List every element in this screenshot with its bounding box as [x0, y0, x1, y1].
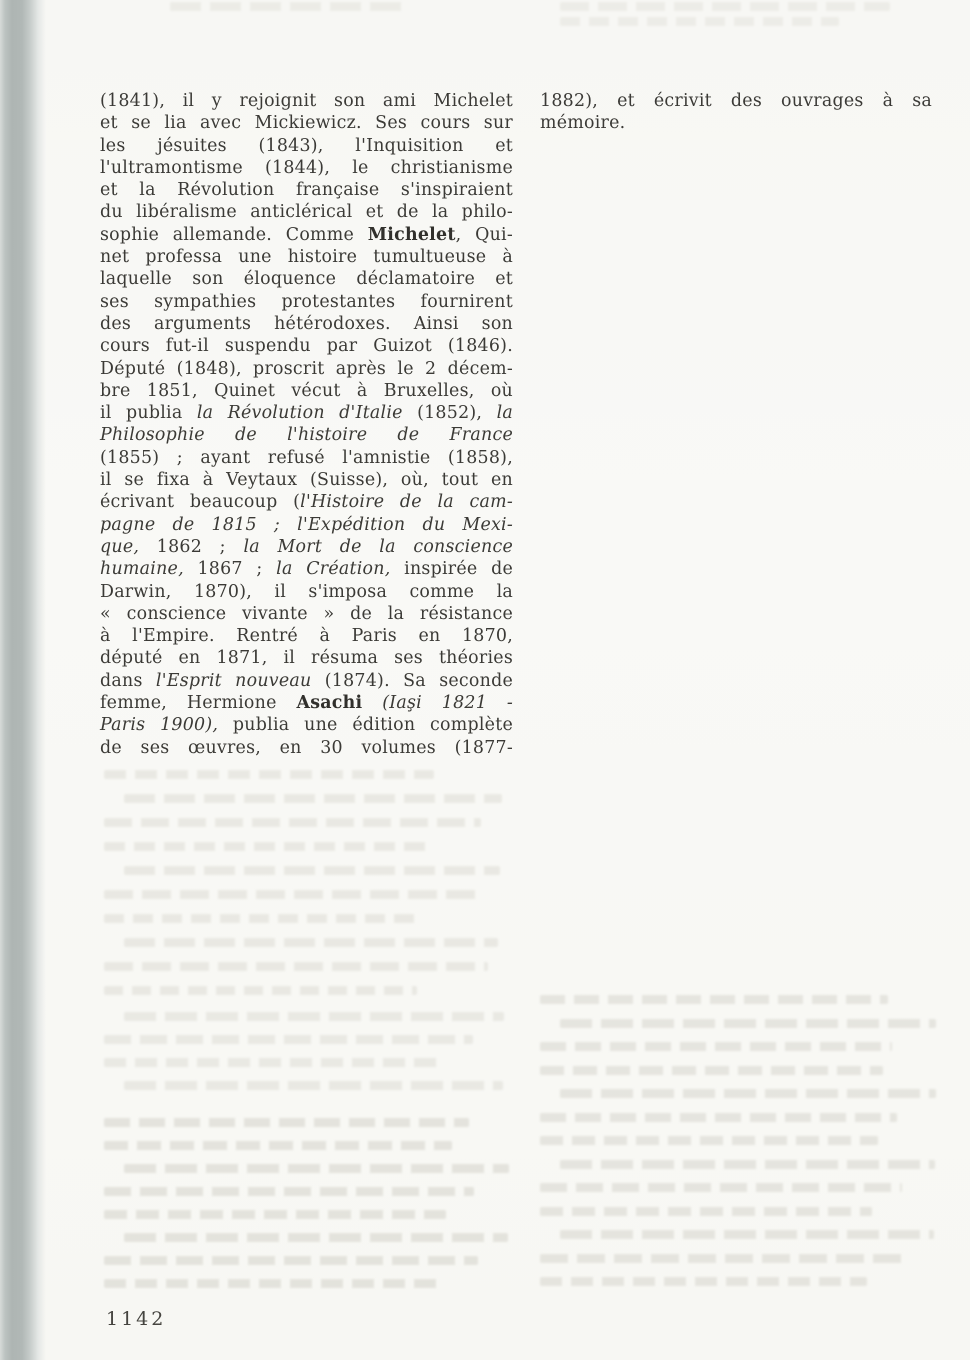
text-run: 1862 ; [139, 537, 243, 557]
bleedthrough-line [540, 1207, 872, 1216]
bleedthrough-line [104, 1187, 474, 1196]
bleedthrough-line [124, 1164, 509, 1173]
text-run: la Révolution d'Italie [197, 403, 403, 423]
bleedthrough-line [560, 1019, 936, 1028]
text-line: des arguments hétérodoxes. Ainsi son [100, 313, 513, 335]
bleedthrough-text-area [104, 1118, 510, 1302]
text-run: les jésuites (1843), l'Inquisition et [100, 136, 513, 156]
bleedthrough-line [540, 1042, 892, 1051]
text-line: (1841), il y rejoignit son ami Michelet [100, 90, 513, 112]
text-line: du libéralisme anticlérical et de la phi… [100, 201, 513, 223]
text-run: mémoire. [540, 113, 625, 133]
text-run: laquelle son éloquence déclamatoire et [100, 269, 513, 289]
text-run: 1867 ; [184, 559, 276, 579]
text-line: à l'Empire. Rentré à Paris en 1870, [100, 625, 513, 647]
text-run: l'ultramontisme (1844), le christianisme [100, 158, 513, 178]
bleedthrough-line [104, 890, 484, 899]
text-run: (1841), il y rejoignit son ami Michelet [100, 91, 513, 111]
bleedthrough-line [104, 914, 423, 923]
text-line: écrivant beaucoup (l'Histoire de la cam- [100, 491, 513, 513]
text-run: femme, Hermione [100, 693, 296, 713]
bleedthrough-line [560, 1230, 934, 1239]
bleedthrough-line [560, 1160, 935, 1169]
bleedthrough-line [124, 938, 498, 947]
text-line: Darwin, 1870), il s'imposa comme la [100, 581, 513, 603]
text-run: cours fut-il suspendu par Guizot (1846). [100, 336, 513, 356]
text-run: député en 1871, il résuma ses théories [100, 648, 513, 668]
text-line: dans l'Esprit nouveau (1874). Sa seconde [100, 670, 513, 692]
text-run: il se fixa à Veytaux (Suisse), où, tout … [100, 470, 513, 490]
bleedthrough-text-area [104, 1012, 506, 1104]
bleedthrough-line [104, 1279, 440, 1288]
bleedthrough-line [170, 2, 404, 11]
text-run [362, 693, 382, 713]
text-line: ses sympathies protestantes fournirent [100, 291, 513, 313]
text-run: publia une édition complète [218, 715, 513, 735]
text-run: ses sympathies protestantes fournirent [100, 292, 513, 312]
text-run: (Iaşi 1821 - [382, 693, 513, 713]
bleedthrough-line [124, 794, 502, 803]
bleedthrough-line [124, 866, 500, 875]
text-run: l'Histoire de la cam- [300, 492, 513, 512]
bleedthrough-line [540, 1113, 897, 1122]
text-run: pagne de 1815 ; l'Expédition du Mexi- [100, 515, 513, 535]
text-run: Député (1848), proscrit après le 2 décem… [100, 359, 513, 379]
text-line: et se lia avec Mickiewicz. Ses cours sur [100, 112, 513, 134]
text-run: l'Esprit nouveau [156, 671, 312, 691]
bleedthrough-line [540, 995, 888, 1004]
text-run: Darwin, 1870), il s'imposa comme la [100, 582, 513, 602]
bleedthrough-line [124, 1081, 503, 1090]
article-text-right-column: 1882), et écrivit des ouvrages à samémoi… [540, 90, 932, 135]
text-line: bre 1851, Quinet vécut à Bruxelles, où [100, 380, 513, 402]
bleedthrough-line [540, 1066, 883, 1075]
text-run: (1874). Sa seconde [311, 671, 513, 691]
bleedthrough-text-area [150, 2, 410, 16]
bleedthrough-line [540, 1183, 902, 1192]
text-line: l'ultramontisme (1844), le christianisme [100, 157, 513, 179]
text-run: dans [100, 671, 156, 691]
bleedthrough-line [104, 986, 417, 995]
bleedthrough-line [540, 1277, 867, 1286]
text-line: « conscience vivante » de la résistance [100, 603, 513, 625]
scanned-book-page: (1841), il y rejoignit son ami Michelete… [0, 0, 970, 1360]
text-run: bre 1851, Quinet vécut à Bruxelles, où [100, 381, 513, 401]
text-line: laquelle son éloquence déclamatoire et [100, 268, 513, 290]
bleedthrough-line [104, 1118, 469, 1127]
text-line: Philosophie de l'histoire de France [100, 424, 513, 446]
text-line: Député (1848), proscrit après le 2 décem… [100, 358, 513, 380]
text-run: (1852), [403, 403, 497, 423]
text-run: (1855) ; ayant refusé l'amnistie (1858), [100, 448, 513, 468]
text-run: inspirée de [391, 559, 514, 579]
text-line: que, 1862 ; la Mort de la conscience [100, 536, 513, 558]
text-line: 1882), et écrivit des ouvrages à sa [540, 90, 932, 112]
text-run: Asachi [296, 693, 362, 713]
text-run: et la Révolution française s'inspiraient [100, 180, 513, 200]
text-run: Paris 1900), [100, 715, 218, 735]
text-run: 1882), et écrivit des ouvrages à sa [540, 91, 932, 111]
bleedthrough-line [104, 770, 434, 779]
text-line: et la Révolution française s'inspiraient [100, 179, 513, 201]
text-line: sophie allemande. Comme Michelet, Qui- [100, 224, 513, 246]
page-number: 1142 [106, 1308, 166, 1330]
text-line: cours fut-il suspendu par Guizot (1846). [100, 335, 513, 357]
text-run: net professa une histoire tumultueuse à [100, 247, 513, 267]
bleedthrough-line [104, 1035, 473, 1044]
text-line: humaine, 1867 ; la Création, inspirée de [100, 558, 513, 580]
book-gutter-shadow [0, 0, 46, 1360]
text-run: la Mort de la conscience [243, 537, 513, 557]
text-line: pagne de 1815 ; l'Expédition du Mexi- [100, 514, 513, 536]
text-run: écrivant beaucoup ( [100, 492, 300, 512]
text-line: il se fixa à Veytaux (Suisse), où, tout … [100, 469, 513, 491]
bleedthrough-line [104, 1141, 452, 1150]
bleedthrough-line [104, 1256, 478, 1265]
text-run: la Création, [276, 559, 390, 579]
bleedthrough-line [124, 1233, 508, 1242]
text-run: Philosophie de l'histoire de France [100, 425, 513, 445]
bleedthrough-line [540, 1136, 878, 1145]
bleedthrough-line [560, 1089, 936, 1098]
text-line: net professa une histoire tumultueuse à [100, 246, 513, 268]
bleedthrough-line [540, 1254, 906, 1263]
bleedthrough-text-area [540, 995, 936, 1301]
text-line: député en 1871, il résuma ses théories [100, 647, 513, 669]
text-run: et se lia avec Mickiewicz. Ses cours sur [100, 113, 513, 133]
bleedthrough-line [124, 1012, 504, 1021]
text-line: il publia la Révolution d'Italie (1852),… [100, 402, 513, 424]
bleedthrough-line [104, 842, 429, 851]
bleedthrough-line [560, 2, 890, 11]
text-line: les jésuites (1843), l'Inquisition et [100, 135, 513, 157]
text-run: des arguments hétérodoxes. Ainsi son [100, 314, 513, 334]
text-run: Michelet [368, 225, 456, 245]
bleedthrough-line [560, 17, 839, 26]
bleedthrough-line [104, 1210, 446, 1219]
text-run: du libéralisme anticlérical et de la phi… [100, 202, 513, 222]
text-line: Paris 1900), publia une édition complète [100, 714, 513, 736]
text-run: il publia [100, 403, 197, 423]
text-run: « conscience vivante » de la résistance [100, 604, 513, 624]
text-run: la [497, 403, 513, 423]
text-run: humaine, [100, 559, 184, 579]
article-text-left-column: (1841), il y rejoignit son ami Michelete… [100, 90, 513, 759]
bleedthrough-line [104, 1058, 438, 1067]
text-line: de ses œuvres, en 30 volumes (1877- [100, 737, 513, 759]
text-run: , Qui- [456, 225, 513, 245]
text-run: sophie allemande. Comme [100, 225, 368, 245]
text-line: femme, Hermione Asachi (Iaşi 1821 - [100, 692, 513, 714]
text-line: mémoire. [540, 112, 932, 134]
bleedthrough-line [104, 818, 481, 827]
text-run: que, [100, 537, 139, 557]
bleedthrough-text-area [104, 770, 506, 1010]
text-run: de ses œuvres, en 30 volumes (1877- [100, 738, 513, 758]
bleedthrough-line [104, 962, 488, 971]
text-run: à l'Empire. Rentré à Paris en 1870, [100, 626, 513, 646]
text-line: (1855) ; ayant refusé l'amnistie (1858), [100, 447, 513, 469]
bleedthrough-text-area [560, 2, 910, 32]
